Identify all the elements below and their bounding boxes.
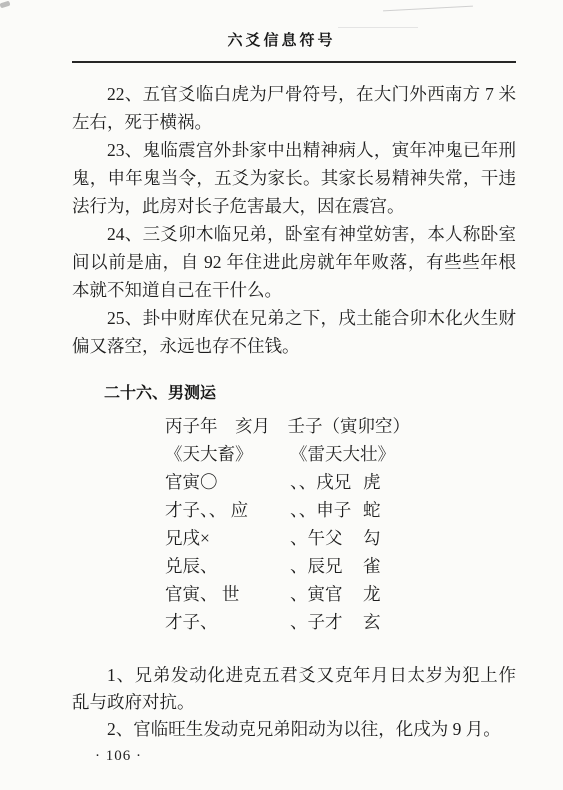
hexagram-row-left: 才子、	[165, 608, 290, 636]
paragraph: 22、五官爻临白虎为尸骨符号，在大门外西南方 7 米左右，死于横祸。	[72, 80, 516, 136]
page-number: · 106 ·	[95, 745, 563, 767]
hexagram-row: 官寅、 世 、寅官 龙	[165, 580, 516, 608]
six-beast-label: 雀	[363, 552, 381, 580]
hexagram-row-right: 、、申子 蛇	[290, 496, 381, 524]
page-header: 六爻信息符号	[0, 0, 563, 63]
six-beast-label: 玄	[363, 608, 381, 636]
hexagram-row-right: 、子才 玄	[290, 608, 381, 636]
header-rule	[72, 61, 516, 63]
hexagram-row-left: 官寅〇	[165, 468, 290, 496]
hexagram-row: 官寅〇 、、戌兄 虎	[165, 468, 516, 496]
page-header-title: 六爻信息符号	[0, 30, 563, 52]
hexagram-row-left: 兄戌×	[165, 524, 290, 552]
hexagram-row-symbols: 、寅官	[290, 580, 363, 608]
hexagram-row-right: 、、戌兄 虎	[290, 468, 381, 496]
hexagram-row-left: 才子、、 应	[165, 496, 290, 524]
analysis-notes: 1、兄弟发动化进克五君爻又克年月日太岁为犯上作乱与政府对抗。 2、官临旺生发动克…	[72, 662, 516, 743]
hexagram-row-symbols: 、、戌兄	[290, 468, 363, 496]
scan-line-artifact	[338, 27, 418, 28]
hexagram-row-symbols: 、子才	[290, 608, 363, 636]
six-beast-label: 龙	[363, 580, 381, 608]
six-beast-label: 勾	[363, 524, 381, 552]
hexagram-row-symbols: 、、申子	[290, 496, 363, 524]
section-heading: 二十六、男测运	[72, 380, 516, 408]
hexagram-name-right: 《雷天大壮》	[290, 440, 395, 468]
hexagram-row: 兄戌× 、午父 勾	[165, 524, 516, 552]
book-page: 六爻信息符号 22、五官爻临白虎为尸骨符号，在大门外西南方 7 米左右，死于横祸…	[0, 0, 563, 790]
hexagram-row-symbols: 、午父	[290, 524, 363, 552]
hexagram-names-row: 《天大畜》 《雷天大壮》	[165, 440, 516, 468]
note-paragraph: 1、兄弟发动化进克五君爻又克年月日太岁为犯上作乱与政府对抗。	[72, 662, 516, 716]
date-line: 丙子年 亥月 壬子（寅卯空）	[165, 412, 516, 440]
hexagram-row: 才子、 、子才 玄	[165, 608, 516, 636]
hexagram-rows: 官寅〇 、、戌兄 虎 才子、、 应 、、申子 蛇 兄戌×	[165, 468, 516, 636]
paragraph: 24、三爻卯木临兄弟，卧室有神堂妨害，本人称卧室间以前是庙，自 92 年住进此房…	[72, 220, 516, 304]
six-beast-label: 虎	[363, 468, 381, 496]
hexagram-row-symbols: 、辰兄	[290, 552, 363, 580]
hexagram-row: 才子、、 应 、、申子 蛇	[165, 496, 516, 524]
hexagram-row: 兑辰、 、辰兄 雀	[165, 552, 516, 580]
hexagram-row-left: 兑辰、	[165, 552, 290, 580]
hexagram-row-right: 、辰兄 雀	[290, 552, 381, 580]
six-beast-label: 蛇	[363, 496, 381, 524]
hexagram-row-right: 、寅官 龙	[290, 580, 381, 608]
note-paragraph: 2、官临旺生发动克兄弟阳动为以往，化戌为 9 月。	[72, 716, 516, 743]
paragraph: 25、卦中财库伏在兄弟之下，戌土能合卯木化火生财偏又落空，永远也存不住钱。	[72, 304, 516, 360]
body-paragraphs: 22、五官爻临白虎为尸骨符号，在大门外西南方 7 米左右，死于横祸。 23、鬼临…	[72, 80, 516, 360]
hexagram-chart: 丙子年 亥月 壬子（寅卯空） 《天大畜》 《雷天大壮》 官寅〇 、、戌兄 虎 才…	[165, 412, 516, 636]
paragraph: 23、鬼临震宫外卦家中出精神病人，寅年冲鬼已年刑鬼，申年鬼当令，五爻为家长。其家…	[72, 136, 516, 220]
hexagram-row-left: 官寅、 世	[165, 580, 290, 608]
hexagram-name-left: 《天大畜》	[165, 440, 290, 468]
hexagram-row-right: 、午父 勾	[290, 524, 381, 552]
